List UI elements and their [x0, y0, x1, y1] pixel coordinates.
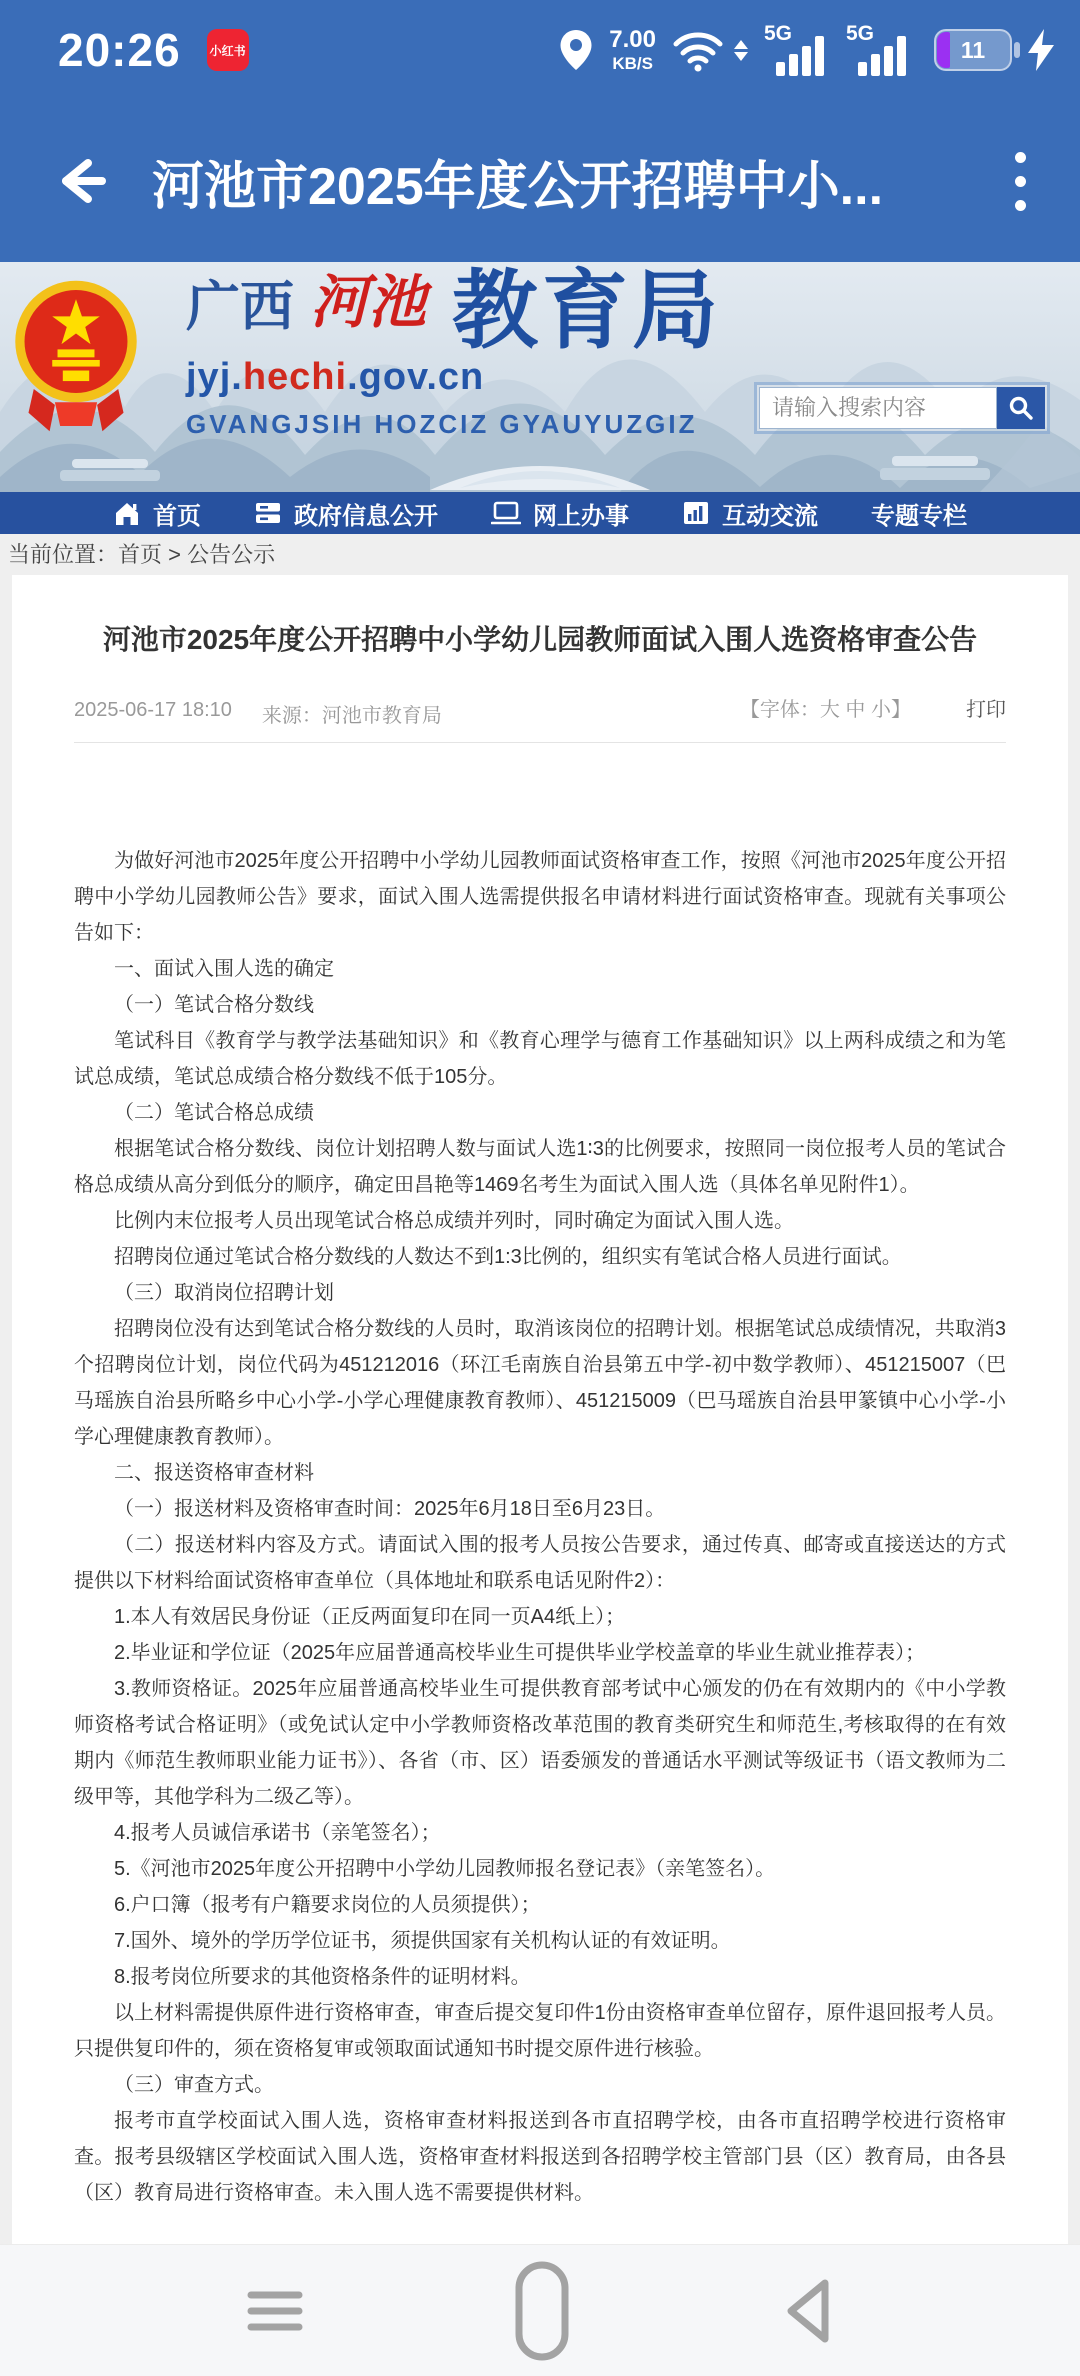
- national-emblem: [10, 272, 142, 440]
- font-size-switcher[interactable]: 【字体：大 中 小】: [740, 693, 911, 722]
- home-pill-icon: [515, 2261, 569, 2361]
- wifi-icon: [672, 28, 724, 72]
- publish-date: 2025-06-17 18:10: [74, 699, 232, 728]
- article-source: 来源：河池市教育局: [262, 699, 442, 728]
- search-box: [754, 382, 1050, 434]
- gov-info-icon: [254, 500, 282, 526]
- search-button[interactable]: [997, 387, 1045, 429]
- article-paragraph: （二）报送材料内容及方式。请面试入围的报考人员按公告要求，通过传真、邮寄或直接送…: [74, 1527, 1006, 1599]
- laptop-icon: [491, 500, 521, 526]
- nav-item-home[interactable]: 首页: [113, 496, 201, 531]
- zhuang-romanized-name: GVANGJSIH HOZCIZ GYAUYUZGIZ: [186, 409, 722, 440]
- network-speed: 7.00 KB/S: [609, 28, 656, 72]
- nav-item-interaction[interactable]: 互动交流: [682, 496, 818, 531]
- article-card: 河池市2025年度公开招聘中小学幼儿园教师面试入围人选资格审查公告 2025-0…: [12, 575, 1068, 2244]
- clock: 20:26: [58, 23, 181, 77]
- overflow-menu-icon[interactable]: [1001, 142, 1040, 221]
- article-paragraph: 报考市直学校面试入围人选，资格审查材料报送到各市直招聘学校，由各市直招聘学校进行…: [74, 2103, 1006, 2211]
- system-nav-bar: [0, 2244, 1080, 2376]
- back-button[interactable]: [781, 2275, 833, 2347]
- home-icon: [113, 500, 141, 526]
- article-paragraph: 7.国外、境外的学历学位证书，须提供国家有关机构认证的有效证明。: [74, 1923, 1006, 1959]
- article-paragraph: 一、面试入围人选的确定: [74, 951, 1006, 987]
- location-pin-icon: [559, 29, 593, 71]
- back-triangle-icon: [781, 2275, 833, 2347]
- logo-region-text: 广西: [186, 280, 294, 334]
- app-title: 河池市2025年度公开招聘中小...: [152, 144, 1001, 219]
- article-paragraph: 6.户口簿（报考有户籍要求岗位的人员须提供）；: [74, 1887, 1006, 1923]
- nav-item-special-columns[interactable]: 专题专栏: [871, 496, 967, 531]
- phone-screen: 20:26 小红书 7.00 KB/S 5G: [0, 0, 1080, 2376]
- back-icon[interactable]: [52, 153, 108, 209]
- article-paragraph: 3.教师资格证。2025年应届普通高校毕业生可提供教育部考试中心颁发的仍在有效期…: [74, 1671, 1006, 1815]
- article-paragraph: 4.报考人员诚信承诺书（亲笔签名）；: [74, 1815, 1006, 1851]
- article-paragraph: （二）笔试合格总成绩: [74, 1095, 1006, 1131]
- article-paragraph: 以上材料需提供原件进行资格审查，审查后提交复印件1份由资格审查单位留存，原件退回…: [74, 1995, 1006, 2067]
- status-bar: 20:26 小红书 7.00 KB/S 5G: [0, 0, 1080, 100]
- xiaohongshu-app-badge: 小红书: [207, 29, 249, 71]
- breadcrumb[interactable]: 当前位置：首页 > 公告公示: [0, 534, 1080, 575]
- article-paragraph: 根据笔试合格分数线、岗位计划招聘人数与面试人选1∶3的比例要求，按照同一岗位报考…: [74, 1131, 1006, 1203]
- app-bar: 河池市2025年度公开招聘中小...: [0, 100, 1080, 262]
- article-title: 河池市2025年度公开招聘中小学幼儿园教师面试入围人选资格审查公告: [74, 621, 1006, 659]
- logo-department-text: 教育局: [452, 268, 722, 354]
- article-paragraph: （一）报送材料及资格审查时间：2025年6月18日至6月23日。: [74, 1491, 1006, 1527]
- meta-divider: [74, 742, 1006, 743]
- article-paragraph: 2.毕业证和学位证（2025年应届普通高校毕业生可提供毕业学校盖章的毕业生就业推…: [74, 1635, 1006, 1671]
- nav-item-online-services[interactable]: 网上办事: [491, 496, 629, 531]
- article-paragraph: 8.报考岗位所要求的其他资格条件的证明材料。: [74, 1959, 1006, 1995]
- nav-item-gov-info[interactable]: 政府信息公开: [254, 496, 438, 531]
- main-nav: 首页 政府信息公开 网上办事 互动交流: [0, 492, 1080, 534]
- charging-bolt-icon: [1028, 29, 1054, 71]
- article-paragraph: 比例内末位报考人员出现笔试合格总成绩并列时，同时确定为面试入围人选。: [74, 1203, 1006, 1239]
- article-body: 为做好河池市2025年度公开招聘中小学幼儿园教师面试资格审查工作，按照《河池市2…: [74, 843, 1006, 2211]
- home-button[interactable]: [515, 2261, 569, 2361]
- signal-5g-icon-1: 5G: [764, 22, 830, 78]
- recents-icon: [247, 2289, 303, 2333]
- article-paragraph: 招聘岗位没有达到笔试合格分数线的人员时，取消该岗位的招聘计划。根据笔试总成绩情况…: [74, 1311, 1006, 1455]
- article-paragraph: 二、报送资格审查材料: [74, 1455, 1006, 1491]
- search-input[interactable]: [759, 387, 997, 429]
- signal-5g-icon-2: 5G: [846, 22, 912, 78]
- site-banner: 广西 河池 教育局 jyj.hechi.gov.cn GVANGJSIH HOZ…: [0, 262, 1080, 492]
- battery-indicator: 11: [934, 29, 1012, 71]
- article-paragraph: 为做好河池市2025年度公开招聘中小学幼儿园教师面试资格审查工作，按照《河池市2…: [74, 843, 1006, 951]
- page-content: 河池市2025年度公开招聘中小学幼儿园教师面试入围人选资格审查公告 2025-0…: [0, 575, 1080, 2244]
- article-paragraph: （三）审查方式。: [74, 2067, 1006, 2103]
- search-icon: [1008, 395, 1034, 421]
- article-paragraph: 招聘岗位通过笔试合格分数线的人数达不到1:3比例的，组织实有笔试合格人员进行面试…: [74, 1239, 1006, 1275]
- site-url: jyj.hechi.gov.cn: [186, 356, 722, 399]
- article-paragraph: 笔试科目《教育学与教学法基础知识》和《教育心理学与德育工作基础知识》以上两科成绩…: [74, 1023, 1006, 1095]
- article-paragraph: （三）取消岗位招聘计划: [74, 1275, 1006, 1311]
- logo-city-text: 河池: [310, 274, 426, 332]
- article-paragraph: 1.本人有效居民身份证（正反两面复印在同一页A4纸上）；: [74, 1599, 1006, 1635]
- article-paragraph: （一）笔试合格分数线: [74, 987, 1006, 1023]
- article-paragraph: 5.《河池市2025年度公开招聘中小学幼儿园教师报名登记表》（亲笔签名）。: [74, 1851, 1006, 1887]
- data-transfer-arrows-icon: [734, 40, 748, 61]
- bar-chart-icon: [682, 500, 710, 526]
- print-button[interactable]: 打印: [966, 693, 1006, 722]
- article-meta: 2025-06-17 18:10 来源：河池市教育局 【字体：大 中 小】 打印: [74, 693, 1006, 728]
- recents-button[interactable]: [247, 2289, 303, 2333]
